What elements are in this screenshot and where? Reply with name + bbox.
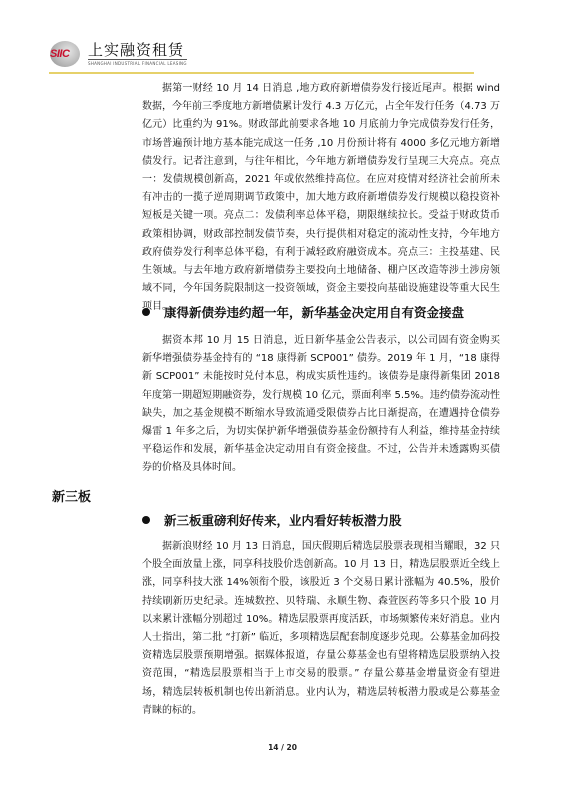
bullet-heading-neeq: 新三板重磅利好传来，业内看好转板潜力股 (142, 511, 402, 529)
siic-logo-icon: SIIC (50, 41, 80, 67)
bullet-icon (142, 308, 150, 316)
paragraph-neeq: 据新浪财经 10 月 13 日消息，国庆假期后精选层股票表现相当耀眼，32 只个… (142, 538, 500, 720)
section-title-neeq: 新三板 (52, 486, 91, 505)
bullet-heading-text: 康得新债券违约超一年，新华基金决定用自有资金接盘 (164, 303, 464, 321)
bullet-heading-kangdexin: 康得新债券违约超一年，新华基金决定用自有资金接盘 (142, 303, 464, 321)
bullet-icon (142, 516, 150, 524)
page-number: 14 / 20 (0, 743, 565, 752)
bullet-heading-text: 新三板重磅利好传来，业内看好转板潜力股 (164, 511, 402, 529)
company-name: 上实融资租赁 SHANGHAI INDUSTRIAL FINANCIAL LEA… (88, 42, 187, 67)
document-header: SIIC 上实融资租赁 SHANGHAI INDUSTRIAL FINANCIA… (50, 38, 187, 70)
company-name-en: SHANGHAI INDUSTRIAL FINANCIAL LEASING (88, 61, 187, 67)
company-name-cn: 上实融资租赁 (88, 42, 187, 60)
paragraph-kangdexin: 据资本邦 10 月 15 日消息，近日新华基金公告表示，以公司固有资金购买新华增… (142, 332, 500, 478)
paragraph-local-bonds: 据第一财经 10 月 14 日消息 ,地方政府新增债券发行接近尾声。根据 win… (142, 80, 500, 317)
logo-mark: SIIC (50, 48, 69, 60)
header-divider (49, 72, 474, 74)
